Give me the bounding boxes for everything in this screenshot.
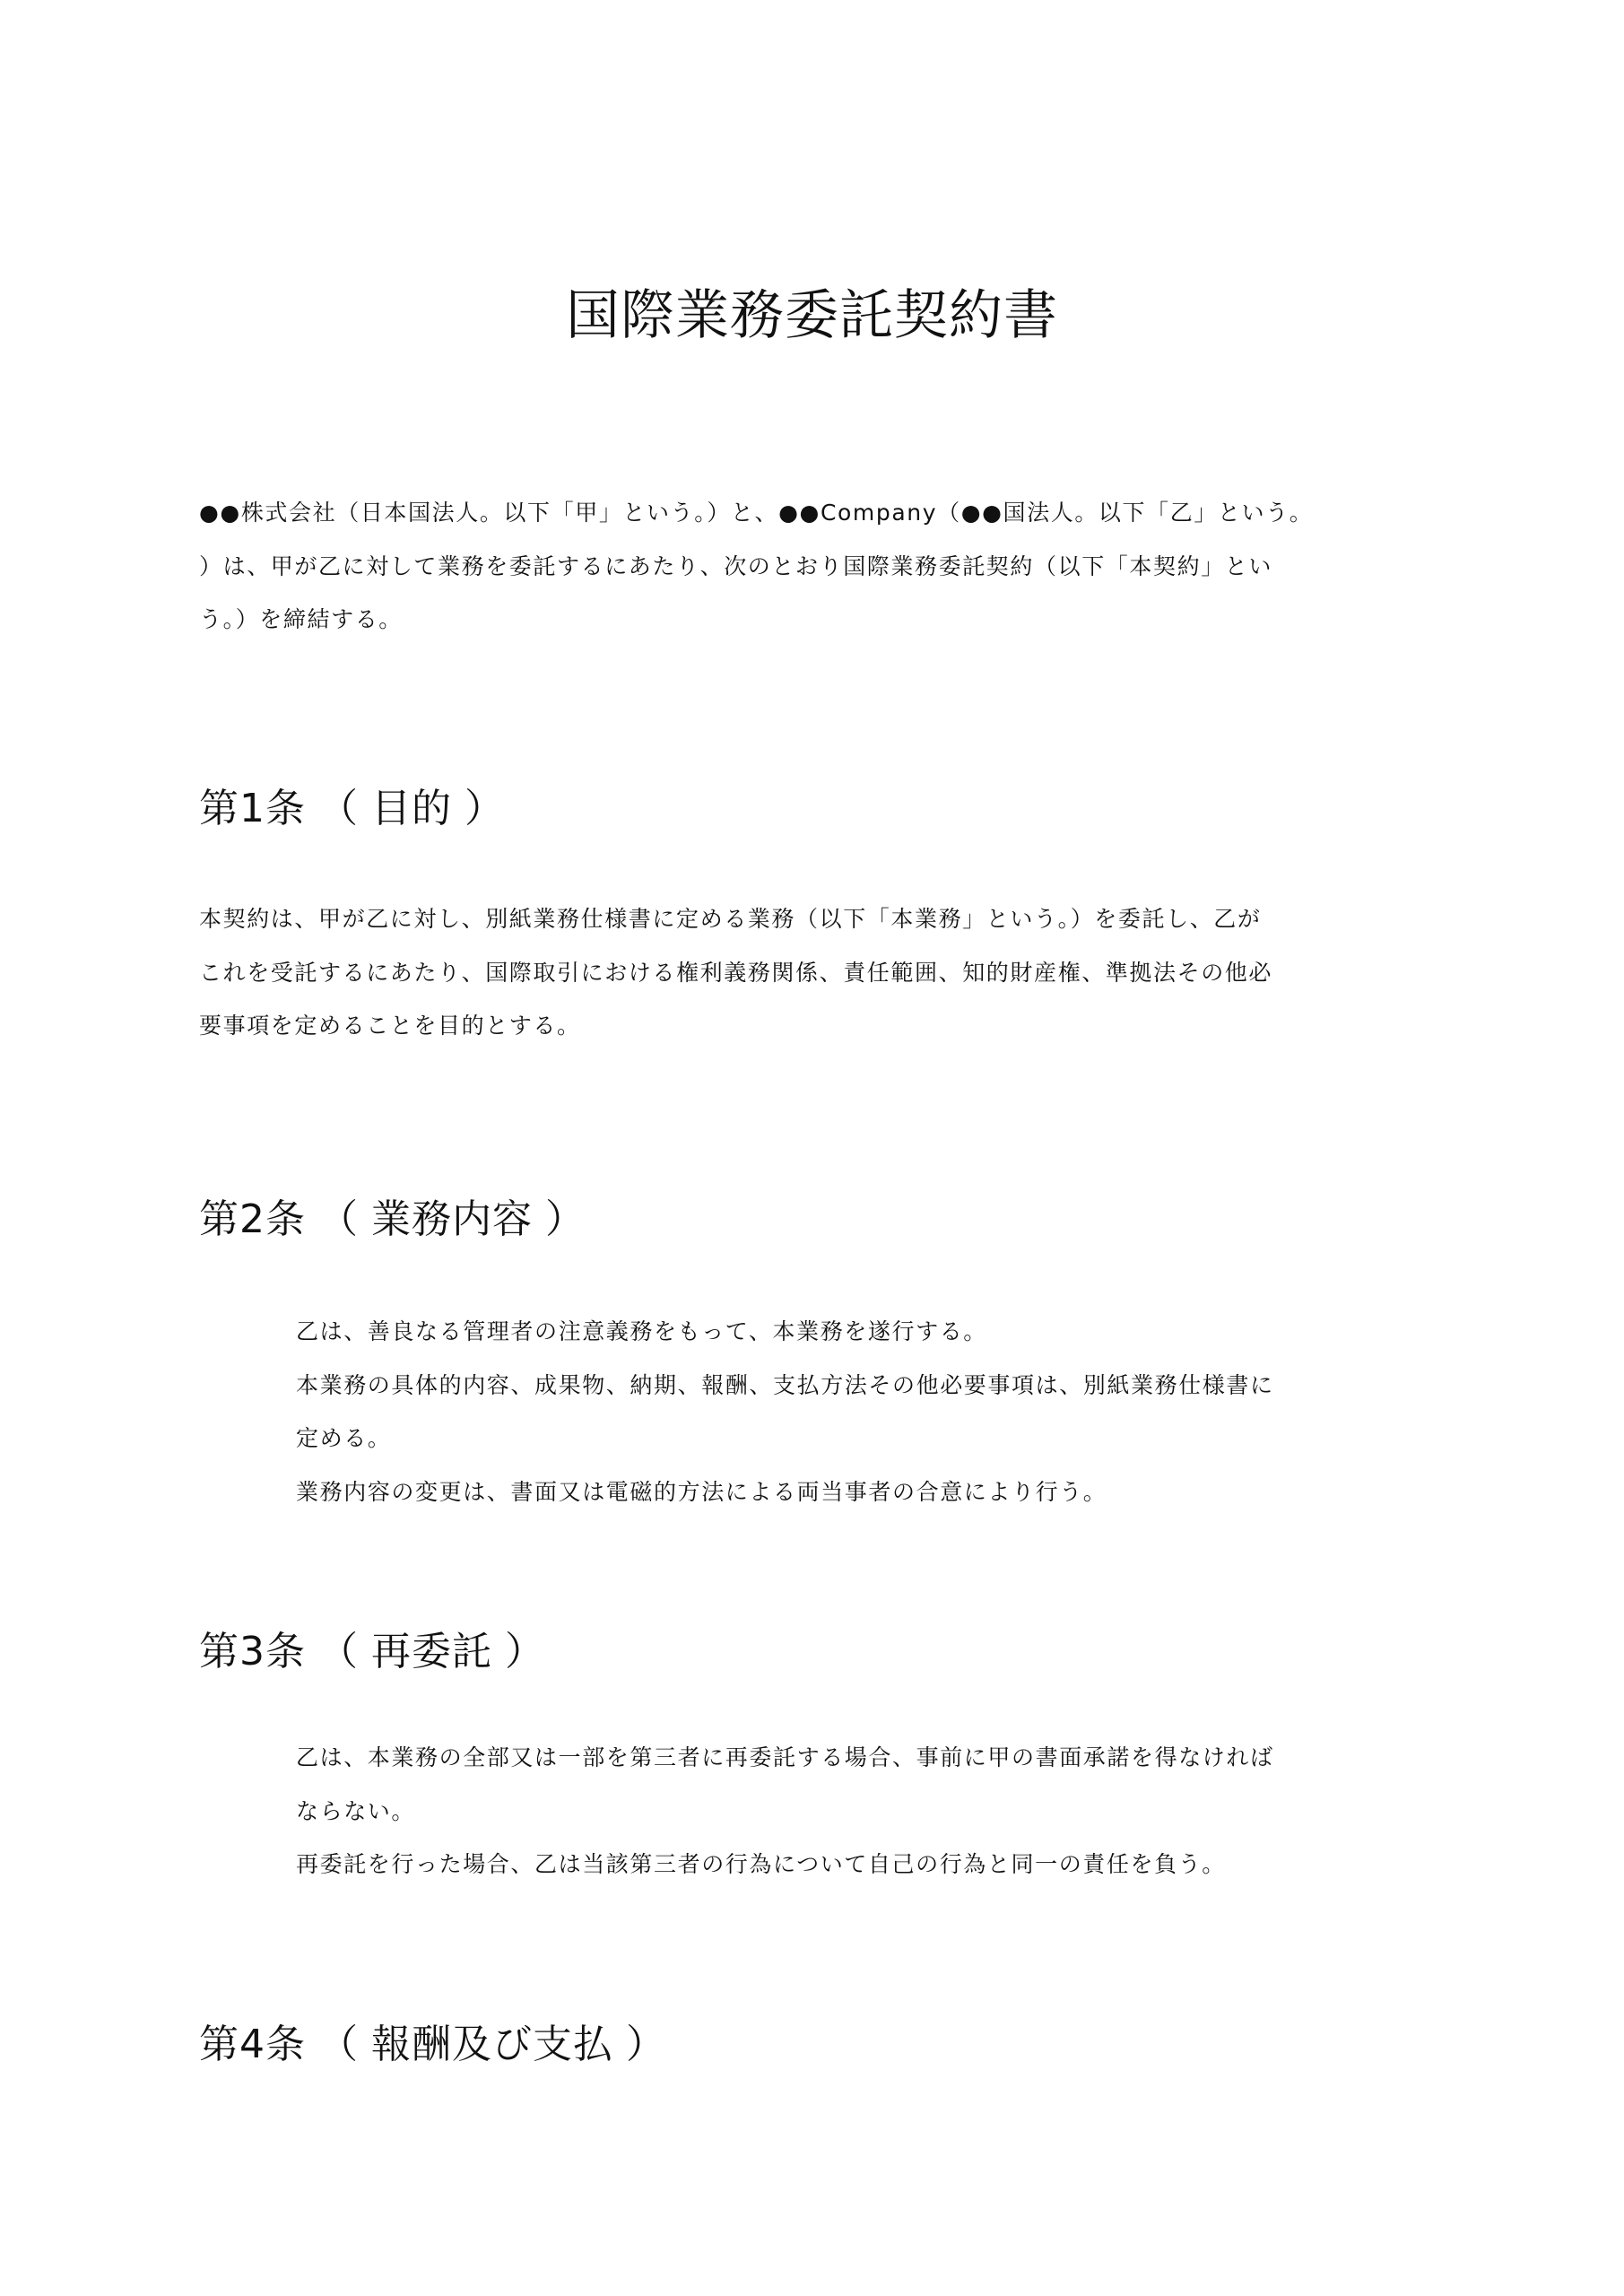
intro-line: ）は、甲が乙に対して業務を委託するにあたり、次のとおり国際業務委託契約（以下「本… <box>199 540 1428 594</box>
article-4-heading: 第4条（報酬及び支払） <box>199 2018 679 2072</box>
article-title: 目的 <box>371 786 452 831</box>
clause-item: 業務内容の変更は、書面又は電磁的方法による両当事者の合意により行う。 <box>296 1465 1426 1519</box>
article-body-line: これを受託するにあたり、国際取引における権利義務関係、責任範囲、知的財産権、準拠… <box>199 946 1428 1000</box>
clause-line: 再委託を行った場合、乙は当該第三者の行為について自己の行為と同一の責任を負う。 <box>296 1838 1426 1892</box>
document-page: 国際業務委託契約書 ●●株式会社（日本国法人。以下「甲」という。）と、●●Com… <box>0 0 1624 2296</box>
intro-line: ●●株式会社（日本国法人。以下「甲」という。）と、●●Company（●●国法人… <box>199 486 1428 540</box>
article-title: 再委託 <box>371 1629 492 1674</box>
intro-line: う。）を締結する。 <box>199 593 1428 647</box>
article-number: 第2条 <box>199 1196 306 1242</box>
article-number: 第1条 <box>199 786 306 831</box>
article-2-clause-list: 乙は、善良なる管理者の注意義務をもって、本業務を遂行する。 本業務の具体的内容、… <box>296 1305 1426 1518</box>
article-1-heading: 第1条（目的） <box>199 782 517 836</box>
open-paren: （ <box>318 1625 359 1679</box>
clause-item: 再委託を行った場合、乙は当該第三者の行為について自己の行為と同一の責任を負う。 <box>296 1838 1426 1892</box>
clause-item: 本業務の具体的内容、成果物、納期、報酬、支払方法その他必要事項は、別紙業務仕様書… <box>296 1359 1426 1465</box>
article-2-heading: 第2条（業務内容） <box>199 1193 598 1247</box>
document-title: 国際業務委託契約書 <box>0 280 1624 352</box>
article-title: 業務内容 <box>371 1196 533 1242</box>
article-title: 報酬及び支払 <box>371 2022 613 2067</box>
intro-paragraph: ●●株式会社（日本国法人。以下「甲」という。）と、●●Company（●●国法人… <box>199 486 1428 647</box>
clause-line: 乙は、本業務の全部又は一部を第三者に再委託する場合、事前に甲の書面承諾を得なけれ… <box>296 1731 1426 1785</box>
close-paren: ） <box>545 1193 586 1247</box>
clause-line: ならない。 <box>296 1785 1426 1839</box>
close-paren: ） <box>465 782 505 836</box>
article-3-heading: 第3条（再委託） <box>199 1625 558 1679</box>
clause-line: 業務内容の変更は、書面又は電磁的方法による両当事者の合意により行う。 <box>296 1465 1426 1519</box>
clause-line: 乙は、善良なる管理者の注意義務をもって、本業務を遂行する。 <box>296 1305 1426 1359</box>
article-body-line: 要事項を定めることを目的とする。 <box>199 999 1428 1053</box>
clause-item: 乙は、本業務の全部又は一部を第三者に再委託する場合、事前に甲の書面承諾を得なけれ… <box>296 1731 1426 1838</box>
article-number: 第4条 <box>199 2022 306 2067</box>
open-paren: （ <box>318 782 359 836</box>
article-1-body: 本契約は、甲が乙に対し、別紙業務仕様書に定める業務（以下「本業務」という。）を委… <box>199 892 1428 1053</box>
article-number: 第3条 <box>199 1629 306 1674</box>
open-paren: （ <box>318 2018 359 2072</box>
article-body-line: 本契約は、甲が乙に対し、別紙業務仕様書に定める業務（以下「本業務」という。）を委… <box>199 892 1428 946</box>
clause-line: 定める。 <box>296 1412 1426 1465</box>
open-paren: （ <box>318 1193 359 1247</box>
close-paren: ） <box>626 2018 666 2072</box>
clause-line: 本業務の具体的内容、成果物、納期、報酬、支払方法その他必要事項は、別紙業務仕様書… <box>296 1359 1426 1413</box>
close-paren: ） <box>505 1625 545 1679</box>
clause-item: 乙は、善良なる管理者の注意義務をもって、本業務を遂行する。 <box>296 1305 1426 1359</box>
article-3-clause-list: 乙は、本業務の全部又は一部を第三者に再委託する場合、事前に甲の書面承諾を得なけれ… <box>296 1731 1426 1892</box>
